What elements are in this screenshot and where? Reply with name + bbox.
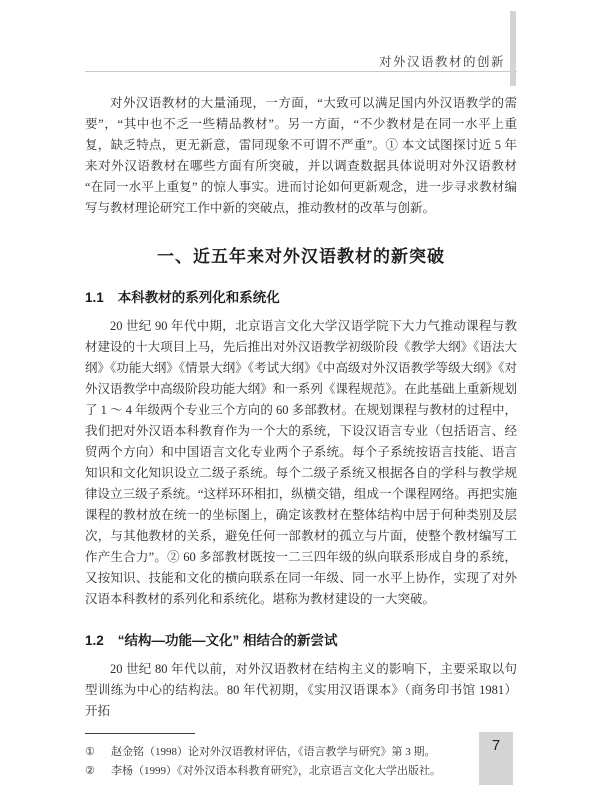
page-content: 对外汉语教材的大量涌现，一方面，“大致可以满足国内外汉语教学的需要”，“其中也不…: [85, 93, 517, 780]
footnote-2-text: 李杨（1999）《对外汉语本科教育研究》，北京语言文化大学出版社。: [111, 762, 517, 781]
footnote-divider: [85, 733, 195, 734]
subsection-title: 本科教材的系列化和系统化: [118, 290, 280, 305]
page-number-box: 7: [479, 732, 513, 785]
paragraph-1-1: 20 世纪 90 年代中期，北京语言文化大学汉语学院下大力气推动课程与教材建设的…: [85, 316, 517, 610]
subsection-heading-1-1: 1.1本科教材的系列化和系统化: [85, 286, 517, 306]
page-number: 7: [492, 738, 500, 753]
footnote-2: ② 李杨（1999）《对外汉语本科教育研究》，北京语言文化大学出版社。: [85, 762, 517, 781]
header-rule: [85, 71, 517, 72]
subsection-heading-1-2: 1.2“结构—功能—文化” 相结合的新尝试: [85, 629, 517, 649]
paragraph-1-2: 20 世纪 80 年代以前，对外汉语教材在结构主义的影响下，主要采取以句型训练为…: [85, 659, 517, 722]
footnotes-block: ① 赵金铭（1998）论对外汉语教材评估，《语言教学与研究》第 3 期。 ② 李…: [85, 743, 517, 780]
subsection-number: 1.1: [85, 290, 104, 305]
footnote-1: ① 赵金铭（1998）论对外汉语教材评估，《语言教学与研究》第 3 期。: [85, 743, 517, 762]
subsection-title: “结构—功能—文化” 相结合的新尝试: [118, 633, 338, 648]
running-head-title: 对外汉语教材的创新: [85, 52, 505, 70]
document-page: 对外汉语教材的创新 对外汉语教材的大量涌现，一方面，“大致可以满足国内外汉语教学…: [0, 0, 600, 800]
footnote-1-text: 赵金铭（1998）论对外汉语教材评估，《语言教学与研究》第 3 期。: [111, 743, 517, 762]
page-edge-tab: [510, 11, 516, 86]
paragraph-intro: 对外汉语教材的大量涌现，一方面，“大致可以满足国内外汉语教学的需要”，“其中也不…: [85, 93, 517, 219]
subsection-number: 1.2: [85, 633, 104, 648]
section-heading: 一、近五年来对外汉语教材的新突破: [85, 242, 517, 267]
footnote-1-marker: ①: [85, 743, 111, 762]
footnote-2-marker: ②: [85, 762, 111, 781]
